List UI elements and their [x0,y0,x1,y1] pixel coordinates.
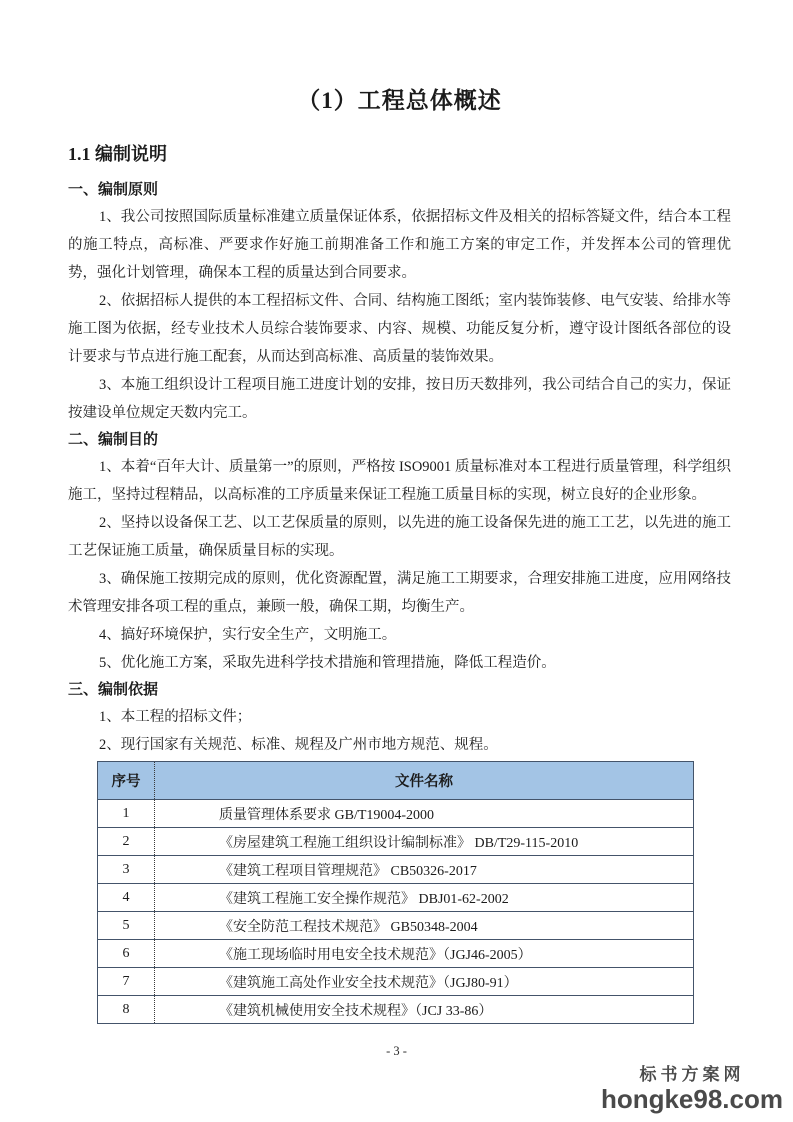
watermark-site-url: hongke98.com [601,1085,783,1114]
paragraph: 1、本工程的招标文件； [68,703,731,731]
document-content: （1）工程总体概述 1.1 编制说明 一、编制原则 1、我公司按照国际质量标准建… [0,86,793,1024]
document-name: 《建筑工程施工安全操作规范》 DBJ01-62-2002 [155,884,694,912]
row-index: 7 [98,968,155,996]
table-row: 7 《建筑施工高处作业安全技术规范》（JGJ80-91） [98,968,694,996]
row-index: 8 [98,996,155,1024]
table-row: 1 质量管理体系要求 GB/T19004-2000 [98,800,694,828]
paragraph: 1、本着“百年大计、质量第一”的原则，严格按 ISO9001 质量标准对本工程进… [68,453,731,509]
page-title: （1）工程总体概述 [68,86,731,116]
page-number: - 3 - [0,1044,793,1059]
column-header-index: 序号 [98,762,155,800]
table-row: 8 《建筑机械使用安全技术规程》（JCJ 33-86） [98,996,694,1024]
document-name: 《施工现场临时用电安全技术规范》（JGJ46-2005） [155,940,694,968]
document-name: 质量管理体系要求 GB/T19004-2000 [155,800,694,828]
paragraph: 3、本施工组织设计工程项目施工进度计划的安排，按日历天数排列，我公司结合自己的实… [68,371,731,427]
document-name: 《建筑机械使用安全技术规程》（JCJ 33-86） [155,996,694,1024]
subsection-heading-principles: 一、编制原则 [68,178,731,202]
subsection-heading-basis: 三、编制依据 [68,678,731,702]
table-row: 6 《施工现场临时用电安全技术规范》（JGJ46-2005） [98,940,694,968]
paragraph: 3、确保施工按期完成的原则，优化资源配置，满足施工工期要求，合理安排施工进度，应… [68,565,731,621]
reference-documents-table: 序号 文件名称 1 质量管理体系要求 GB/T19004-2000 2 《房屋建… [97,761,694,1024]
document-name: 《建筑施工高处作业安全技术规范》（JGJ80-91） [155,968,694,996]
paragraph: 2、依据招标人提供的本工程招标文件、合同、结构施工图纸；室内装饰装修、电气安装、… [68,287,731,371]
table-header-row: 序号 文件名称 [98,762,694,800]
row-index: 3 [98,856,155,884]
table-row: 5 《安全防范工程技术规范》 GB50348-2004 [98,912,694,940]
row-index: 4 [98,884,155,912]
table-row: 4 《建筑工程施工安全操作规范》 DBJ01-62-2002 [98,884,694,912]
section-heading: 1.1 编制说明 [68,142,731,166]
paragraph: 1、我公司按照国际质量标准建立质量保证体系，依据招标文件及相关的招标答疑文件，结… [68,203,731,287]
row-index: 6 [98,940,155,968]
row-index: 2 [98,828,155,856]
document-page: （1）工程总体概述 1.1 编制说明 一、编制原则 1、我公司按照国际质量标准建… [0,0,793,1122]
watermark-site-name: 标书方案网 [601,1066,783,1085]
row-index: 1 [98,800,155,828]
row-index: 5 [98,912,155,940]
document-name: 《安全防范工程技术规范》 GB50348-2004 [155,912,694,940]
paragraph: 2、现行国家有关规范、标准、规程及广州市地方规范、规程。 [68,731,731,759]
document-name: 《建筑工程项目管理规范》 CB50326-2017 [155,856,694,884]
document-name: 《房屋建筑工程施工组织设计编制标准》 DB/T29-115-2010 [155,828,694,856]
subsection-heading-purpose: 二、编制目的 [68,428,731,452]
paragraph: 2、坚持以设备保工艺、以工艺保质量的原则，以先进的施工设备保先进的施工工艺，以先… [68,509,731,565]
table-row: 2 《房屋建筑工程施工组织设计编制标准》 DB/T29-115-2010 [98,828,694,856]
watermark: 标书方案网 hongke98.com [601,1066,783,1113]
paragraph: 5、优化施工方案，采取先进科学技术措施和管理措施，降低工程造价。 [68,649,731,677]
column-header-document-name: 文件名称 [155,762,694,800]
paragraph: 4、搞好环境保护，实行安全生产，文明施工。 [68,621,731,649]
table-row: 3 《建筑工程项目管理规范》 CB50326-2017 [98,856,694,884]
